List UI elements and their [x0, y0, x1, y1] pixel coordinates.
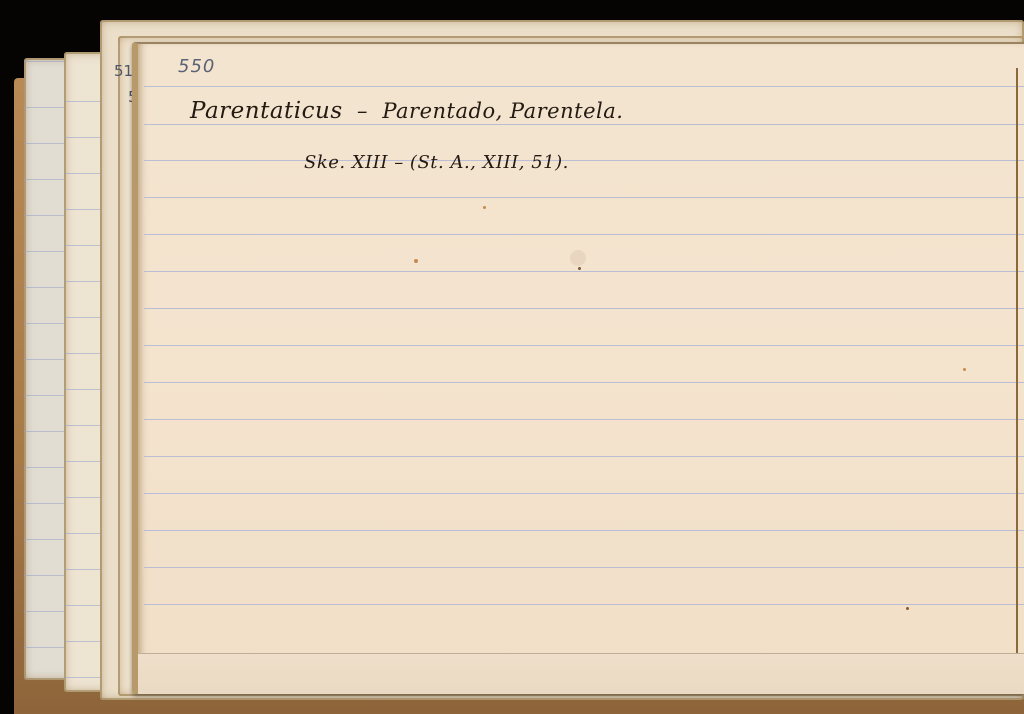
ruled-line: [144, 86, 1024, 87]
ruled-line: [144, 271, 1024, 272]
torn-bottom-edge: [138, 653, 1024, 694]
ruled-line: [144, 456, 1024, 457]
page-number: 550: [178, 56, 215, 77]
foxing-spot: [483, 206, 486, 209]
ruled-line: [144, 345, 1024, 346]
ruled-line: [144, 234, 1024, 235]
foxing-spot: [906, 607, 909, 610]
notebook-page: 550 Parentaticus – Parentado, Parentela.…: [132, 42, 1024, 694]
entry-reference: Ske. XIII – (St. A., XIII, 51).: [304, 152, 569, 173]
binding-gutter: [1016, 68, 1018, 694]
ruled-line: [144, 567, 1024, 568]
ruled-line: [144, 308, 1024, 309]
foxing-spot: [134, 346, 138, 350]
ruled-line: [144, 530, 1024, 531]
foxing-spot: [963, 368, 966, 371]
paper-stain: [570, 250, 586, 266]
foxing-spot: [414, 259, 418, 263]
headword: Parentaticus: [190, 98, 343, 124]
entry-line-1: Parentaticus – Parentado, Parentela.: [190, 98, 623, 124]
ruled-line: [144, 419, 1024, 420]
foxing-spot: [578, 267, 581, 270]
underlying-page-number: 51: [114, 62, 133, 80]
ruled-line: [144, 493, 1024, 494]
ruled-line: [144, 160, 1024, 161]
ruled-line: [144, 197, 1024, 198]
ruled-line: [144, 382, 1024, 383]
notebook-photo: 51 5 550 Parentaticus – Parentado, Paren…: [0, 0, 1024, 714]
separator: –: [357, 99, 368, 123]
ruled-line: [144, 604, 1024, 605]
ruled-line: [144, 124, 1024, 125]
translations: Parentado, Parentela.: [382, 99, 623, 123]
